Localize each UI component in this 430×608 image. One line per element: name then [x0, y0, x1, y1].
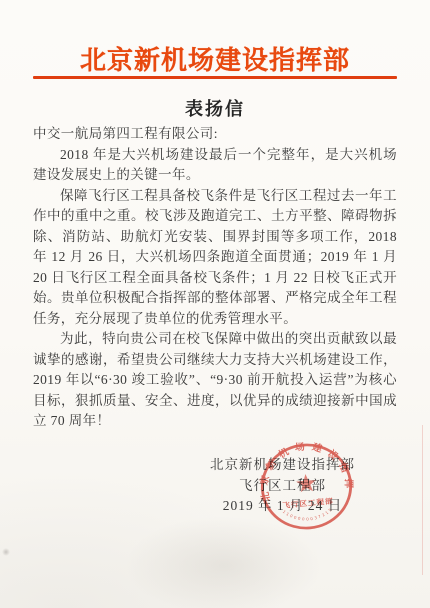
- letter-body: 中交一航局第四工程有限公司: 2018 年是大兴机场建设最后一个完整年，是大兴机…: [33, 124, 397, 432]
- letterhead-title: 北京新机场建设指挥部: [0, 40, 430, 77]
- scan-fold-artifact: [422, 425, 423, 575]
- paragraph-3: 为此，特向贵公司在校飞保障中做出的突出贡献致以最诚挚的感谢，希望贵公司继续大力支…: [33, 329, 397, 432]
- letterhead-divider: [33, 76, 397, 79]
- letter-title: 表扬信: [0, 95, 430, 121]
- paragraph-1: 2018 年是大兴机场建设最后一个完整年，是大兴机场建设发展史上的关键一年。: [33, 145, 397, 186]
- official-seal: 北京新机场建设指挥部 飞行区工程部 1100000037215: [255, 438, 357, 535]
- seal-arc-text: 北京新机场建设指挥部: [255, 438, 357, 503]
- svg-text:北京新机场建设指挥部: 北京新机场建设指挥部: [255, 438, 357, 503]
- paragraph-2: 保障飞行区工程具备校飞条件是飞行区工程过去一年工作中的重中之重。校飞涉及跑道完工…: [33, 186, 397, 330]
- salutation: 中交一航局第四工程有限公司:: [33, 124, 397, 145]
- scan-smudge-artifact: [2, 548, 10, 556]
- seal-center-text: 飞行区工程部: [282, 496, 334, 510]
- seal-star-icon: [296, 473, 317, 492]
- letter-page: 北京新机场建设指挥部 表扬信 中交一航局第四工程有限公司: 2018 年是大兴机…: [0, 0, 430, 608]
